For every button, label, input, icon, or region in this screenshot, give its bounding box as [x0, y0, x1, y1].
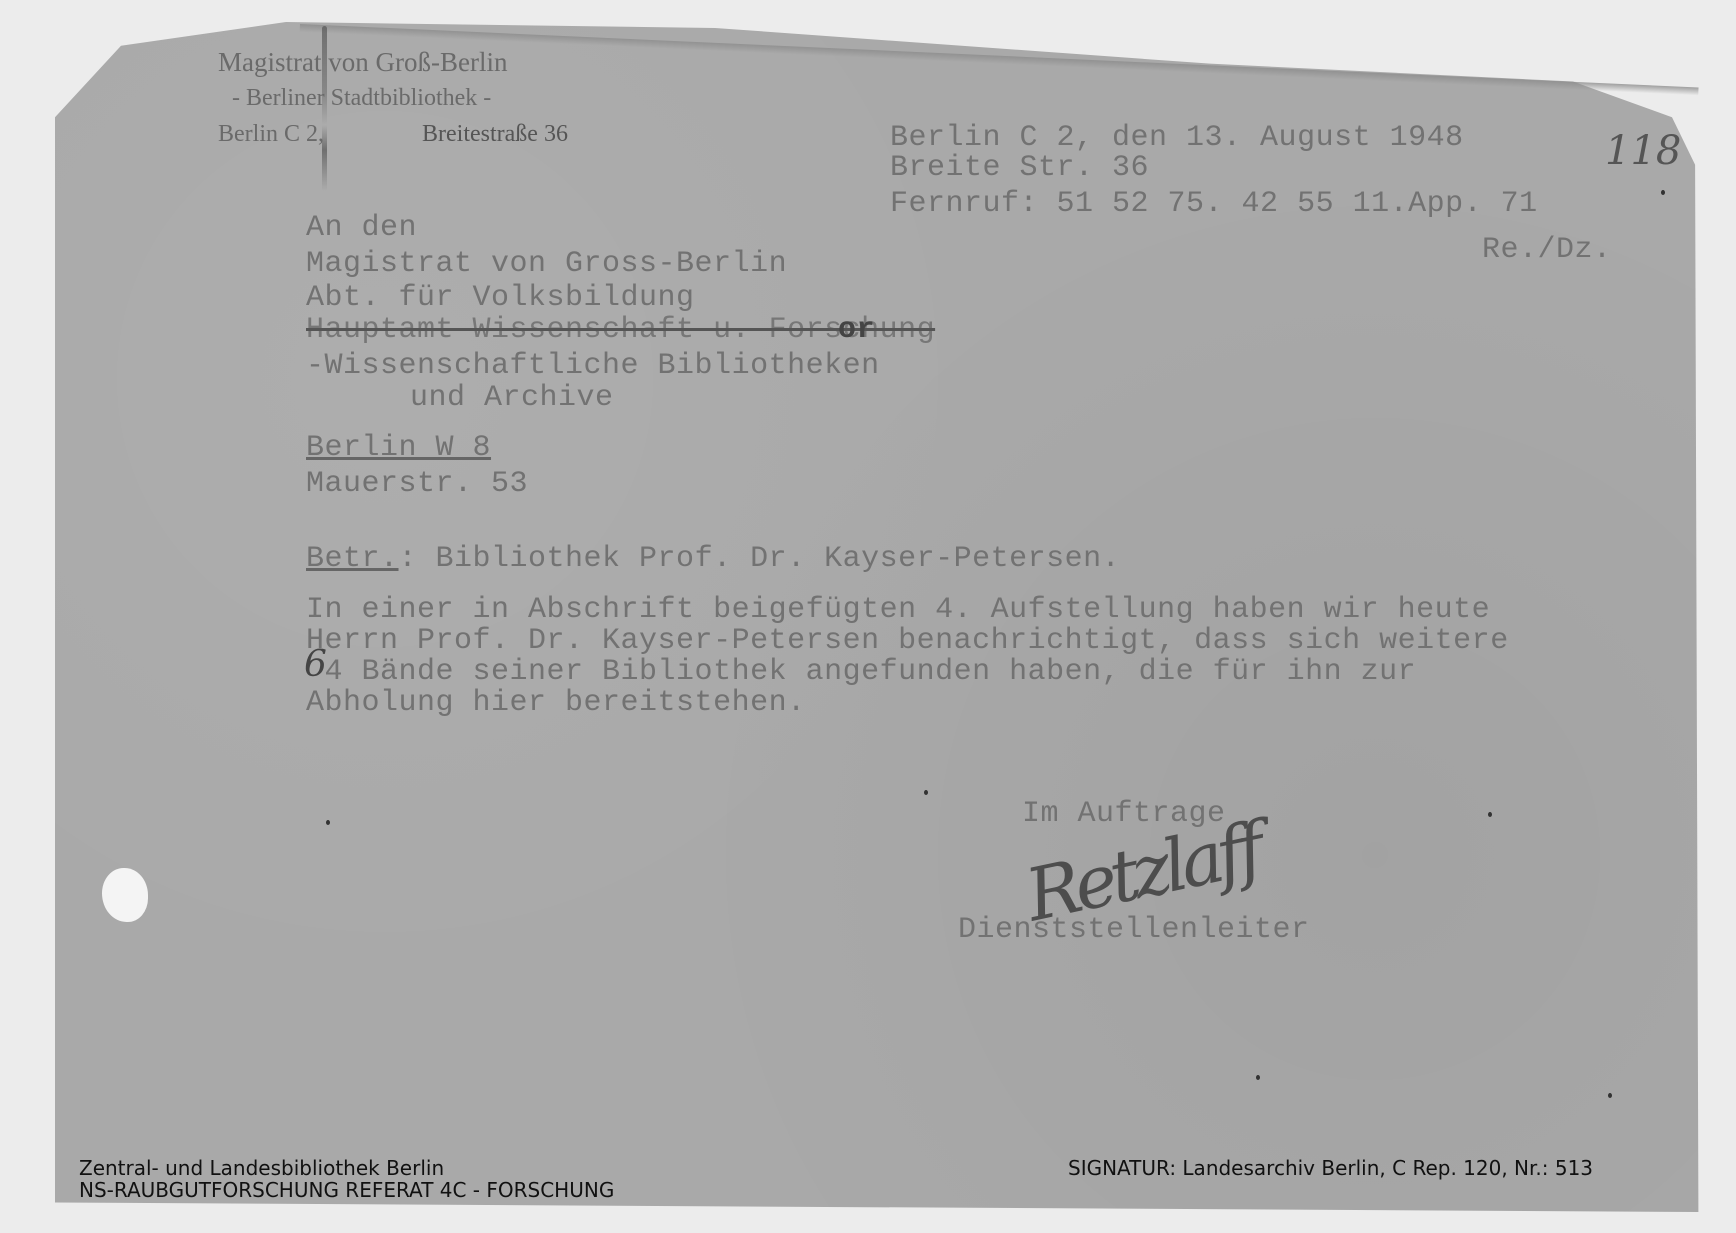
letterhead-line-1: Magistrat von Groß-Berlin [218, 46, 507, 78]
handwritten-digit: 6 [304, 644, 327, 685]
body-line: Abholung hier bereitstehen. [306, 687, 806, 719]
recipient-line-4: -Wissenschaftliche Bibliotheken [306, 350, 880, 382]
recipient-line-1: An den [306, 212, 417, 244]
letterhead-city: Berlin C 2, [218, 118, 324, 150]
recipient-line-2: Magistrat von Gross-Berlin [306, 248, 787, 280]
footer-signature-ref: SIGNATUR: Landesarchiv Berlin, C Rep. 12… [1068, 1157, 1593, 1179]
folio-number: 118 [1605, 128, 1681, 174]
sender-phone: Fernruf: 51 52 75. 42 55 11.App. 71 [890, 188, 1538, 220]
punch-hole [102, 868, 148, 922]
paper-speck [1256, 1075, 1260, 1080]
subject-label: Betr. [306, 542, 399, 576]
recipient-street: Mauerstr. 53 [306, 468, 528, 500]
recipient-correction: or [838, 314, 875, 346]
sender-street: Breite Str. 36 [890, 152, 1149, 184]
place-date: Berlin C 2, den 13. August 1948 [890, 122, 1464, 154]
paper-speck [924, 790, 928, 795]
subject-line: Betr.: Bibliothek Prof. Dr. Kayser-Peter… [306, 543, 1120, 575]
body-line: In einer in Abschrift beigefügten 4. Auf… [306, 594, 1490, 626]
recipient-line-3: Abt. für Volksbildung [306, 282, 695, 314]
letterhead-street: Breitestraße 36 [422, 118, 568, 150]
reference-code: Re./Dz. [1482, 234, 1612, 266]
footer-institution: Zentral- und Landesbibliothek Berlin [79, 1157, 444, 1179]
paper-speck [1608, 1093, 1612, 1098]
paper-speck [1488, 812, 1492, 817]
subject-text: : Bibliothek Prof. Dr. Kayser-Petersen. [399, 542, 1121, 576]
paper-speck [326, 820, 330, 825]
letterhead-line-2: - Berliner Stadtbibliothek - [232, 82, 491, 114]
recipient-city: Berlin W 8 [306, 432, 491, 464]
footer-department: NS-RAUBGUTFORSCHUNG REFERAT 4C - FORSCHU… [79, 1179, 614, 1201]
body-line: Herrn Prof. Dr. Kayser-Petersen benachri… [306, 625, 1509, 657]
body-line: 4 Bände seiner Bibliothek angefunden hab… [306, 656, 1416, 688]
paper-speck [1661, 190, 1665, 195]
closing-title: Dienststellenleiter [958, 914, 1310, 946]
recipient-line-5: und Archive [410, 382, 614, 414]
